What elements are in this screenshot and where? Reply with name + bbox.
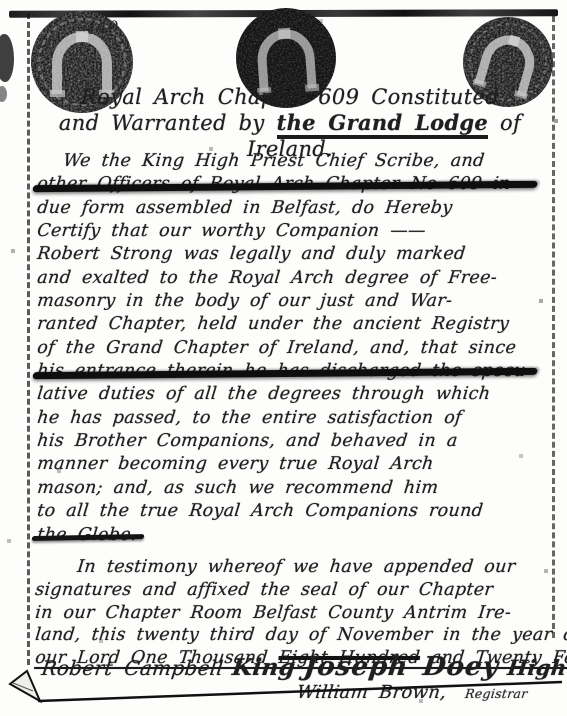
certificate-line: his Brother Companions, and behaved in a <box>36 430 532 453</box>
page-border-right <box>552 16 555 638</box>
testimonium-line: in our Chapter Room Belfast County Antri… <box>34 602 538 625</box>
title-line-2-emphasis: the Grand Lodge <box>277 110 489 139</box>
certificate-line: lative duties of all the degrees through… <box>36 383 532 406</box>
certificate-body: We the King High Priest Chief Scribe, an… <box>36 150 530 547</box>
certificate-line: We the King High Priest Chief Scribe, an… <box>36 150 532 173</box>
page-bottom-edge <box>0 660 567 716</box>
certificate-line: Robert Strong was legally and duly marke… <box>36 243 532 266</box>
certificate-line: to all the true Royal Arch Companions ro… <box>36 500 532 523</box>
testimonium-line: signatures and affixed the seal of our C… <box>34 579 538 602</box>
page-number: 440 <box>85 17 120 38</box>
testimonium-line: land, this twenty third day of November … <box>34 624 538 647</box>
certificate-line: manner becoming every true Royal Arch <box>36 453 532 476</box>
certificate-line: and exalted to the Royal Arch degree of … <box>36 267 532 290</box>
certificate-line: due form assembled in Belfast, do Hereby <box>36 197 532 220</box>
certificate-line: Certify that our worthy Companion —— <box>36 220 532 243</box>
scanned-certificate-page: 440 Royal Arch Chapter 609 Constituted a… <box>0 0 567 716</box>
certificate-line-struck: other Officers of Royal Arch Chapter No … <box>36 173 532 196</box>
ink-smudge <box>0 34 14 82</box>
certificate-line-struck: the Globe. <box>36 524 532 547</box>
page-corner-fold <box>10 671 40 701</box>
certificate-line-struck: his entrance therein he has discharged t… <box>36 360 532 383</box>
certificate-line: he has passed, to the entire satisfactio… <box>36 407 532 430</box>
scan-speckles <box>0 0 2 2</box>
title-line-1: Royal Arch Chapter 609 Constituted <box>58 84 522 110</box>
certificate-line: of the Grand Chapter of Ireland, and, th… <box>36 337 532 360</box>
ink-smudge <box>0 86 7 102</box>
testimonium-line: In testimony whereof we have appended ou… <box>34 556 538 579</box>
title-line-2-start: and Warranted by <box>59 111 277 135</box>
certificate-line: masonry in the body of our just and War- <box>36 290 532 313</box>
struck-word: the Globe. <box>36 524 138 547</box>
certificate-line: ranted Chapter, held under the ancient R… <box>36 313 532 336</box>
certificate-line: mason; and, as such we recommend him <box>36 477 532 500</box>
